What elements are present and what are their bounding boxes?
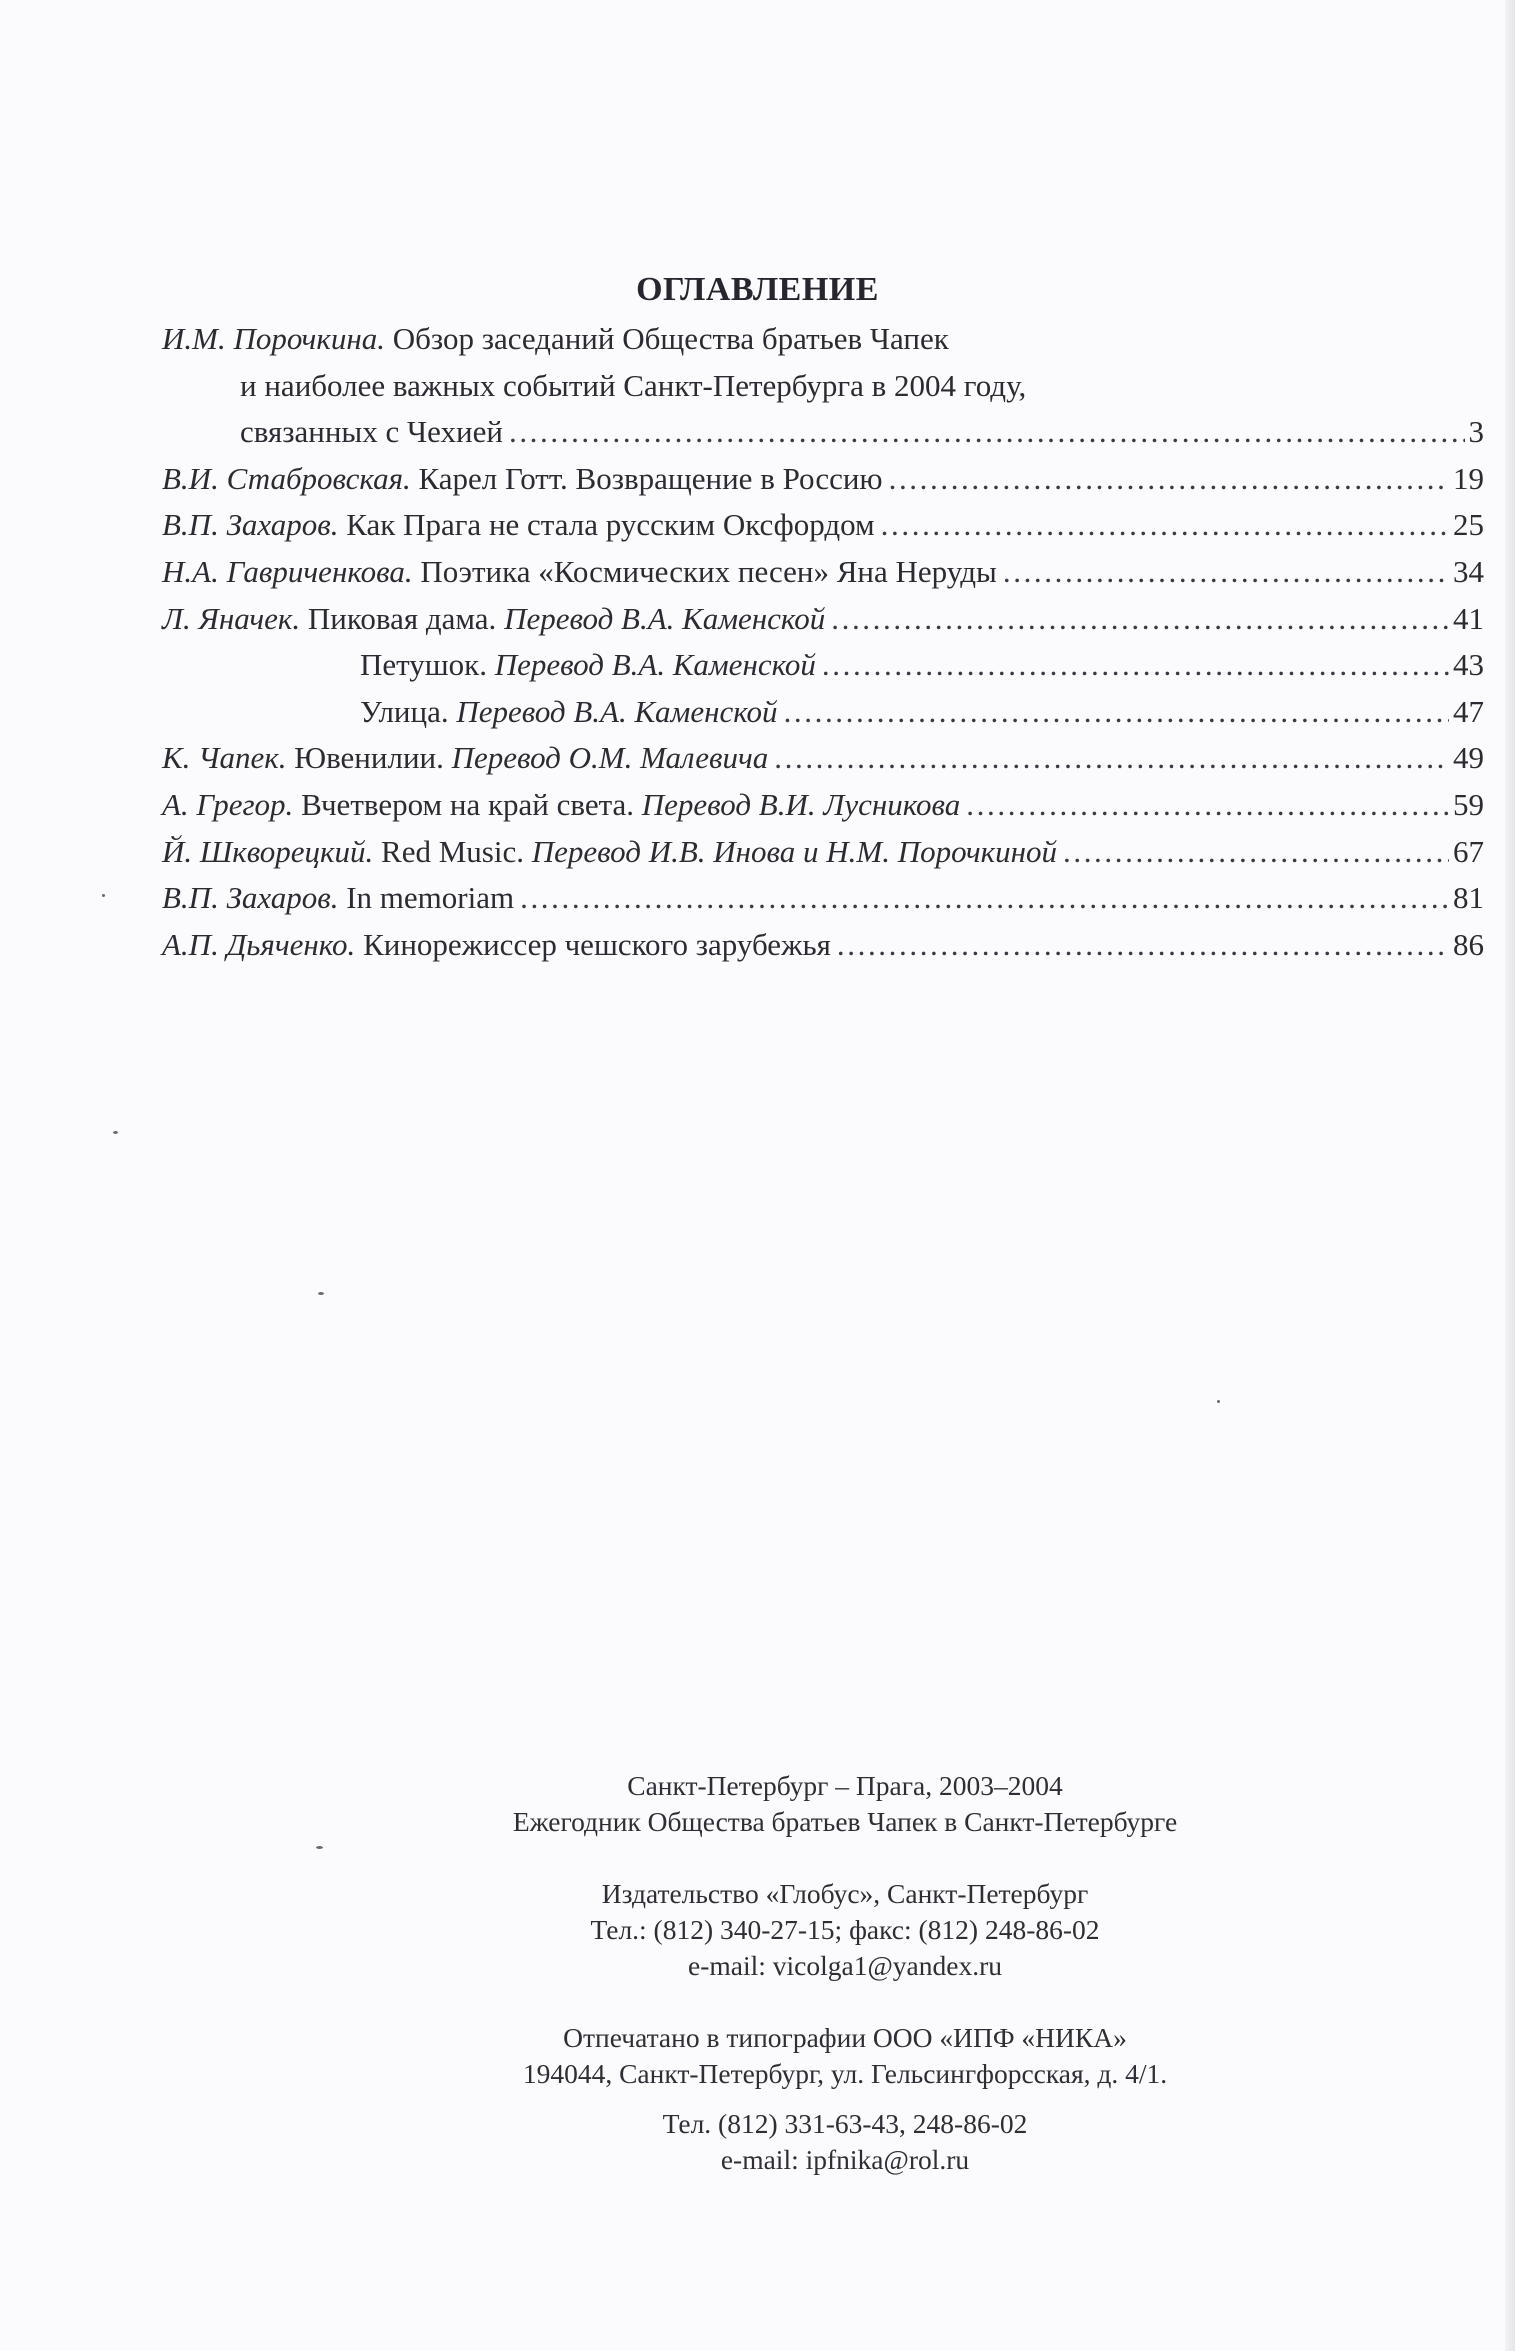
page-number: 81	[1453, 875, 1484, 922]
toc-entry[interactable]: И.М. Порочкина. Обзор заседаний Общества…	[162, 316, 1484, 456]
toc-entry[interactable]: В.И. Стабровская. Карел Готт. Возвращени…	[162, 456, 1484, 503]
entry-translator: Перевод В.А. Каменской	[504, 596, 825, 643]
series-info: Санкт-Петербург – Прага, 2003–2004 Ежего…	[345, 1768, 1345, 1840]
dot-leader	[966, 782, 1449, 829]
page-number: 43	[1453, 642, 1484, 689]
dot-leader	[1063, 829, 1449, 876]
dot-leader	[784, 689, 1449, 736]
page-number: 86	[1453, 922, 1484, 969]
publisher-phone: Тел.: (812) 340-27-15; факс: (812) 248-8…	[345, 1912, 1345, 1948]
scan-speck	[1217, 1400, 1220, 1403]
page-number: 49	[1453, 735, 1484, 782]
entry-translator: Перевод В.И. Лусникова	[642, 782, 961, 829]
dot-leader	[509, 409, 1465, 456]
toc-entry[interactable]: А.П. Дьяченко. Кинорежиссер чешского зар…	[162, 922, 1484, 969]
toc-entry[interactable]: В.П. Захаров. Как Прага не стала русским…	[162, 502, 1484, 549]
scan-speck	[318, 1292, 324, 1295]
series-name: Ежегодник Общества братьев Чапек в Санкт…	[345, 1804, 1345, 1840]
entry-title: Поэтика «Космических песен» Яна Неруды	[420, 549, 996, 596]
entry-title: Как Прага не стала русским Оксфордом	[346, 502, 874, 549]
entry-author: В.П. Захаров.	[162, 875, 338, 922]
printer-address: 194044, Санкт-Петербург, ул. Гельсингфор…	[345, 2056, 1345, 2092]
dot-leader	[822, 642, 1449, 689]
entry-author: К. Чапек.	[162, 735, 286, 782]
printer-contacts: Тел. (812) 331-63-43, 248-86-02 e-mail: …	[345, 2106, 1345, 2178]
entry-author: И.М. Порочкина.	[162, 316, 385, 363]
printer-name: Отпечатано в типографии ООО «ИПФ «НИКА»	[345, 2020, 1345, 2056]
publisher-info: Издательство «Глобус», Санкт-Петербург Т…	[345, 1876, 1345, 1984]
toc-sub-entry[interactable]: Улица. Перевод В.А. Каменской 47	[162, 689, 1484, 736]
entry-title: Петушок.	[360, 642, 487, 689]
toc-entry[interactable]: А. Грегор. Вчетвером на край света. Пере…	[162, 782, 1484, 829]
entry-title: Кинорежиссер чешского зарубежья	[363, 922, 831, 969]
entry-author: Й. Шкворецкий.	[162, 829, 373, 876]
series-place-years: Санкт-Петербург – Прага, 2003–2004	[345, 1768, 1345, 1804]
toc-entry[interactable]: К. Чапек. Ювенилии. Перевод О.М. Малевич…	[162, 735, 1484, 782]
entry-translator: Перевод В.А. Каменской	[456, 689, 777, 736]
entry-author: В.П. Захаров.	[162, 502, 338, 549]
entry-author: Л. Яначек.	[162, 596, 300, 643]
toc-entry[interactable]: Й. Шкворецкий. Red Music. Перевод И.В. И…	[162, 829, 1484, 876]
imprint: Санкт-Петербург – Прага, 2003–2004 Ежего…	[345, 1768, 1345, 2214]
dot-leader	[881, 502, 1449, 549]
page-number: 34	[1453, 549, 1484, 596]
entry-title-continued: связанных с Чехией	[240, 409, 503, 456]
dot-leader	[520, 875, 1449, 922]
entry-author: А.П. Дьяченко.	[162, 922, 355, 969]
table-of-contents: И.М. Порочкина. Обзор заседаний Общества…	[162, 316, 1484, 968]
dot-leader	[774, 735, 1449, 782]
entry-author: В.И. Стабровская.	[162, 456, 411, 503]
page-number: 41	[1453, 596, 1484, 643]
entry-translator: Перевод О.М. Малевича	[452, 735, 769, 782]
page-number: 3	[1469, 409, 1485, 456]
publisher-name: Издательство «Глобус», Санкт-Петербург	[345, 1876, 1345, 1912]
entry-title: In memoriam	[346, 875, 514, 922]
entry-title: Улица.	[360, 689, 449, 736]
printer-info: Отпечатано в типографии ООО «ИПФ «НИКА» …	[345, 2020, 1345, 2092]
printer-phone: Тел. (812) 331-63-43, 248-86-02	[345, 2106, 1345, 2142]
page-number: 25	[1453, 502, 1484, 549]
dot-leader	[889, 456, 1449, 503]
entry-translator: Перевод И.В. Инова и Н.М. Порочкиной	[532, 829, 1057, 876]
toc-entry[interactable]: Н.А. Гавриченкова. Поэтика «Космических …	[162, 549, 1484, 596]
toc-entry[interactable]: В.П. Захаров. In memoriam 81	[162, 875, 1484, 922]
page-number: 59	[1453, 782, 1484, 829]
entry-title: Red Music.	[381, 829, 524, 876]
dot-leader	[831, 596, 1449, 643]
entry-title: Вчетвером на край света.	[301, 782, 634, 829]
page-number: 67	[1453, 829, 1484, 876]
scan-speck	[102, 894, 105, 897]
dot-leader	[837, 922, 1449, 969]
dot-leader	[1003, 549, 1449, 596]
entry-title-continued: и наиболее важных событий Санкт-Петербур…	[240, 363, 1026, 410]
entry-title: Ювенилии.	[294, 735, 444, 782]
publisher-email[interactable]: e-mail: vicolga1@yandex.ru	[345, 1948, 1345, 1984]
printer-email[interactable]: e-mail: ipfnika@rol.ru	[345, 2142, 1345, 2178]
page-edge	[1505, 0, 1515, 2351]
entry-author: Н.А. Гавриченкова.	[162, 549, 413, 596]
toc-entry[interactable]: Л. Яначек. Пиковая дама. Перевод В.А. Ка…	[162, 596, 1484, 643]
page-number: 19	[1453, 456, 1484, 503]
entry-translator: Перевод В.А. Каменской	[495, 642, 816, 689]
toc-sub-entry[interactable]: Петушок. Перевод В.А. Каменской 43	[162, 642, 1484, 689]
page-title: ОГЛАВЛЕНИЕ	[0, 271, 1515, 309]
scan-speck	[113, 1131, 118, 1134]
page-number: 47	[1453, 689, 1484, 736]
entry-title: Карел Готт. Возвращение в Россию	[419, 456, 883, 503]
entry-title: Пиковая дама.	[308, 596, 496, 643]
scan-speck	[316, 1846, 323, 1849]
entry-title: Обзор заседаний Общества братьев Чапек	[393, 316, 949, 363]
entry-author: А. Грегор.	[162, 782, 293, 829]
